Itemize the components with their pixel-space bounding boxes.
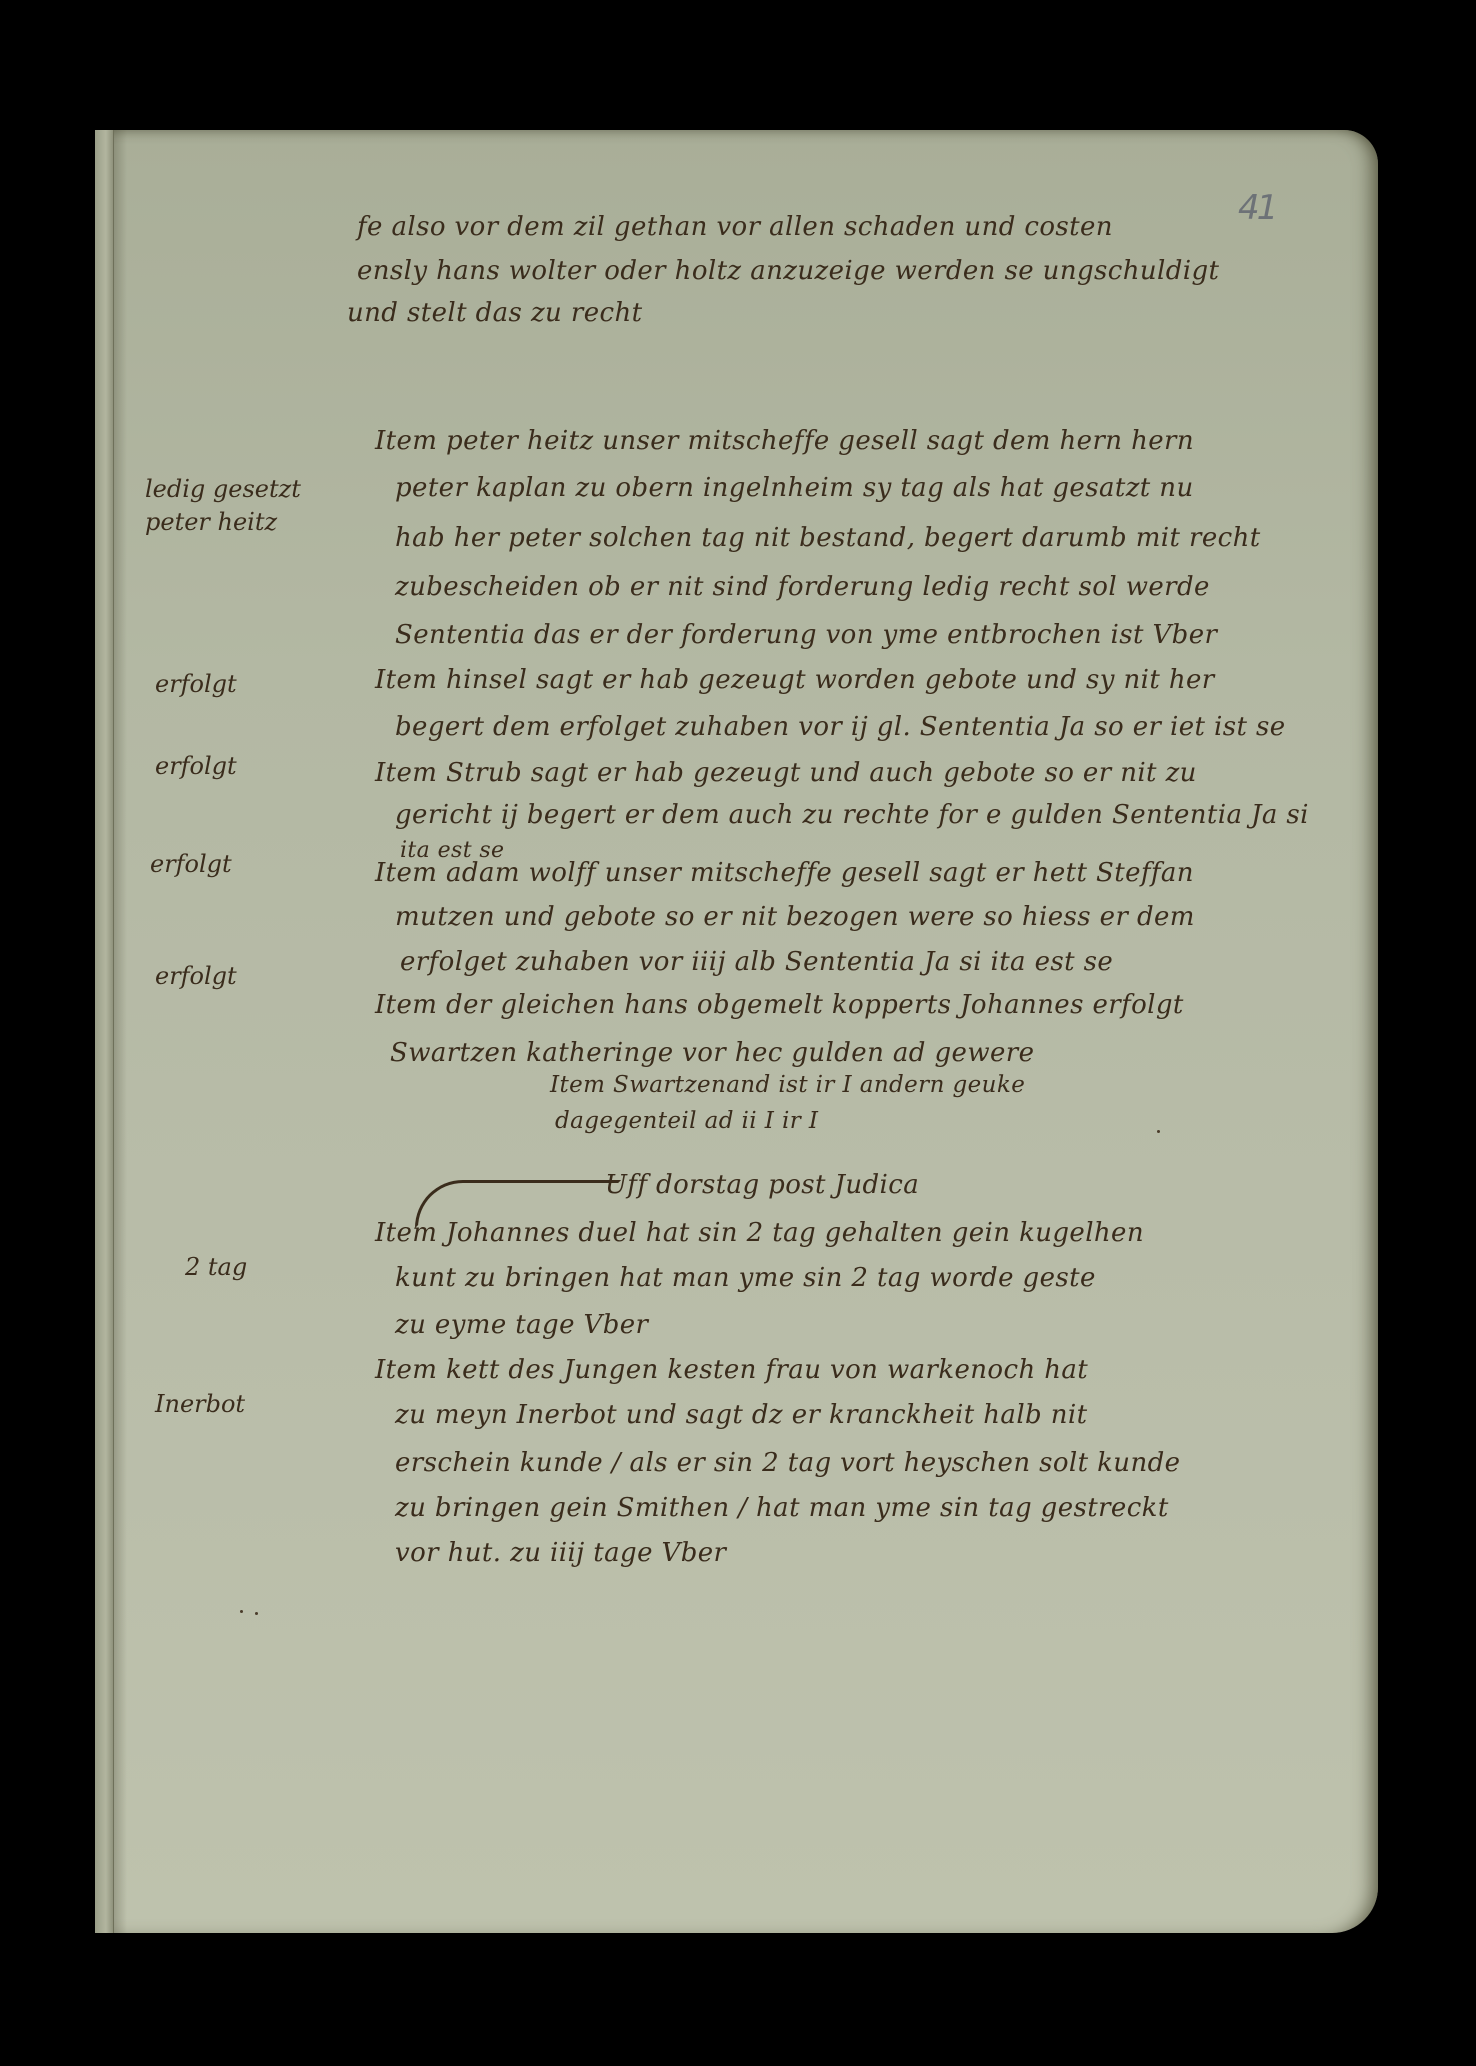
text-line: Swartzen katheringe vor hec gulden ad ge…	[390, 1038, 1034, 1068]
text-line: peter kaplan zu obern ingelnheim sy tag …	[395, 473, 1194, 503]
text-line: erschein kunde / als er sin 2 tag vort h…	[395, 1448, 1180, 1478]
centered-note-line: Item Swartzenand ist ir I andern geuke	[550, 1072, 1025, 1098]
text-line: Item der gleichen hans obgemelt kopperts…	[375, 990, 1184, 1020]
ink-dot	[255, 1612, 258, 1615]
folio-number: 41	[1238, 188, 1275, 228]
text-line: Sententia das er der forderung von yme e…	[395, 620, 1217, 650]
margin-note: Inerbot	[155, 1390, 245, 1418]
text-line: vor hut. zu iiij tage Vber	[395, 1538, 726, 1568]
ink-dot	[240, 1610, 243, 1613]
spine-shadow	[113, 130, 127, 1933]
centered-note-line: dagegenteil ad ii I ir I	[555, 1108, 818, 1134]
text-line: zu meyn Inerbot und sagt dz er kranckhei…	[395, 1400, 1087, 1430]
text-line: gericht ij begert er dem auch zu rechte …	[395, 800, 1309, 830]
text-line: Item Strub sagt er hab gezeugt und auch …	[375, 758, 1197, 788]
margin-note: erfolgt	[150, 850, 232, 878]
margin-note: erfolgt	[155, 962, 237, 990]
margin-note: 2 tag	[185, 1253, 247, 1281]
text-line: kunt zu bringen hat man yme sin 2 tag wo…	[395, 1263, 1096, 1293]
text-line: Item hinsel sagt er hab gezeugt worden g…	[375, 665, 1215, 695]
text-line: erfolget zuhaben vor iiij alb Sententia …	[400, 947, 1113, 977]
text-line: zu bringen gein Smithen / hat man yme si…	[395, 1493, 1169, 1523]
text-line: ensly hans wolter oder holtz anzuzeige w…	[357, 256, 1219, 286]
text-line: hab her peter solchen tag nit bestand, b…	[395, 523, 1261, 553]
margin-note: erfolgt	[155, 752, 237, 780]
text-line: Item adam wolff unser mitscheffe gesell …	[375, 858, 1194, 888]
text-line: fe also vor dem zil gethan vor allen sch…	[357, 212, 1113, 242]
text-line: mutzen und gebote so er nit bezogen were…	[395, 902, 1195, 932]
margin-note: erfolgt	[155, 670, 237, 698]
text-line: Item peter heitz unser mitscheffe gesell…	[375, 426, 1194, 456]
margin-note: peter heitz	[145, 508, 277, 536]
session-heading: Uff dorstag post Judica	[605, 1170, 919, 1200]
text-line: Item Johannes duel hat sin 2 tag gehalte…	[375, 1218, 1144, 1248]
text-line: zu eyme tage Vber	[395, 1310, 648, 1340]
binding-gutter	[95, 130, 114, 1933]
text-line: zubescheiden ob er nit sind forderung le…	[395, 572, 1210, 602]
text-line: Item kett des Jungen kesten frau von war…	[375, 1355, 1088, 1385]
manuscript-page: 41 fe also vor dem zil gethan vor allen …	[95, 130, 1378, 1933]
margin-note: ledig gesetzt	[145, 475, 301, 503]
text-line: begert dem erfolget zuhaben vor ij gl. S…	[395, 712, 1286, 742]
text-line: und stelt das zu recht	[347, 298, 642, 328]
ink-dot	[1157, 1130, 1160, 1133]
